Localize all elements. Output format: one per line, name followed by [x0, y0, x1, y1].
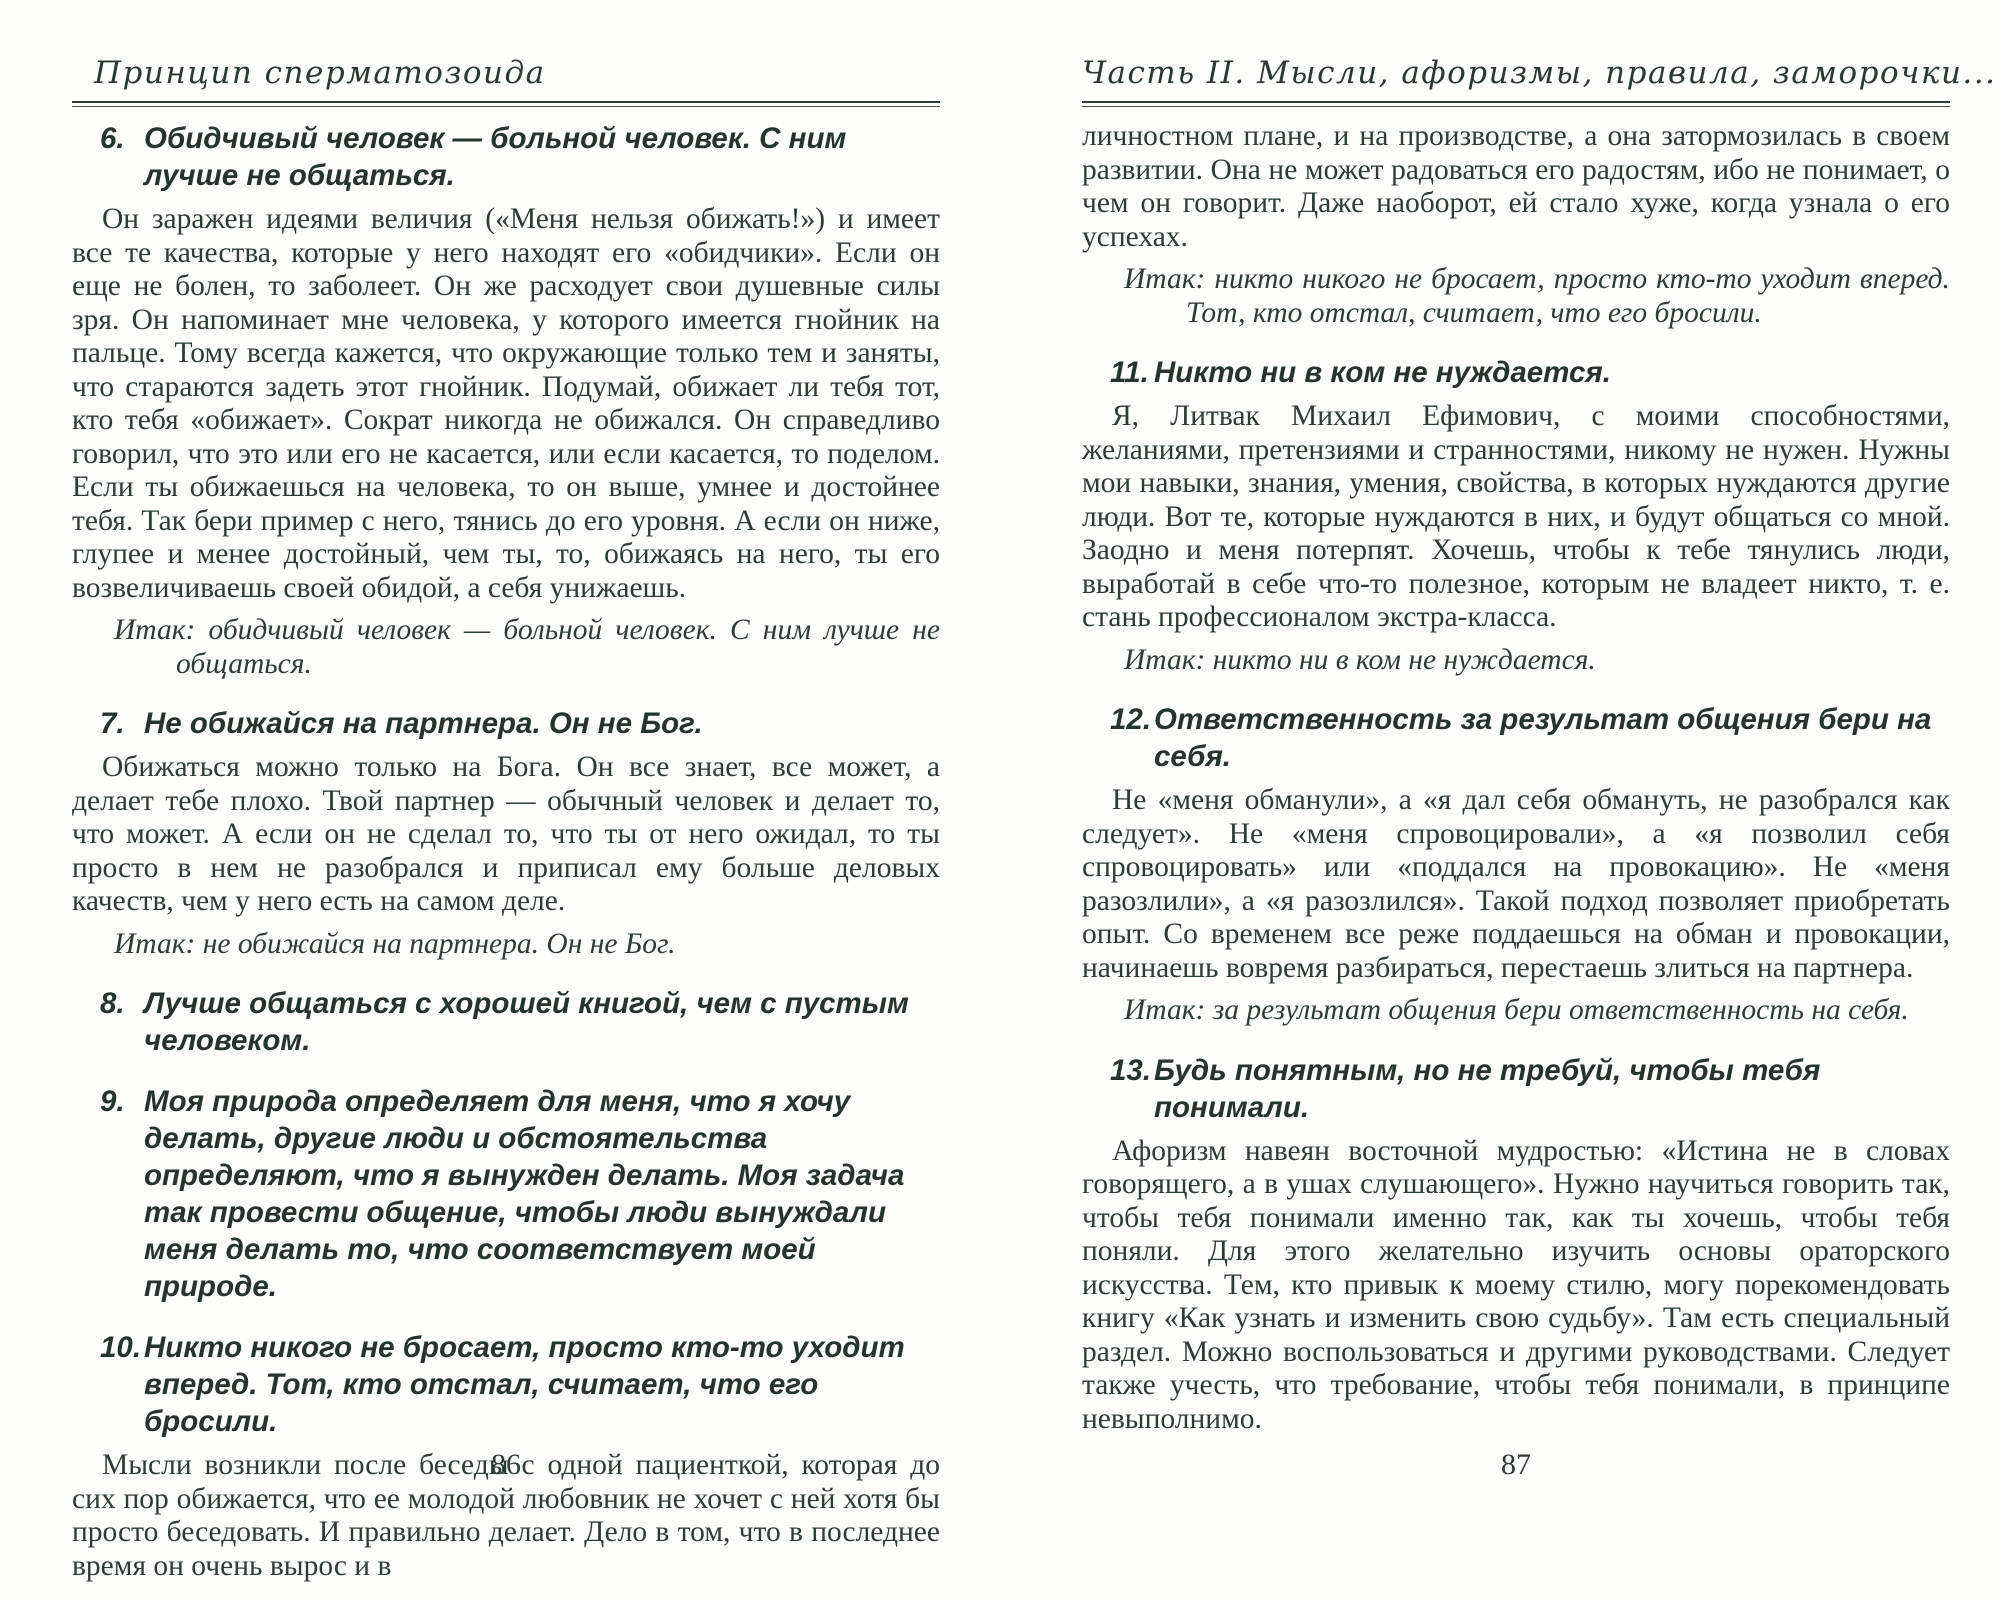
- heading-text-7: Не обижайся на партнера. Он не Бог.: [144, 707, 703, 740]
- body-paragraph: Обижаться можно только на Бога. Он все з…: [72, 751, 940, 919]
- heading-text-12: Ответственность за результат общения бер…: [1154, 703, 1931, 773]
- heading-text-6: Обидчивый человек — больной человек. С н…: [144, 122, 846, 192]
- section-heading-9: 9.Моя природа определяет для меня, что я…: [72, 1083, 940, 1305]
- body-paragraph: Он заражен идеями величия («Меня нельзя …: [72, 203, 940, 605]
- page-number-left: 86: [72, 1448, 940, 1482]
- heading-number-13: 13.: [1110, 1052, 1154, 1089]
- page-number-right: 87: [1082, 1448, 1950, 1482]
- body-paragraph: Афоризм навеян восточной мудростью: «Ист…: [1082, 1135, 1950, 1437]
- page-left: Принцип сперматозоида 6.Обидчивый челове…: [72, 54, 940, 1583]
- heading-number-10: 10.: [100, 1329, 144, 1366]
- heading-number-11: 11.: [1110, 354, 1154, 391]
- section-heading-7: 7.Не обижайся на партнера. Он не Бог.: [72, 705, 940, 742]
- heading-text-10: Никто никого не бросает, просто кто-то у…: [144, 1331, 905, 1438]
- heading-number-12: 12.: [1110, 701, 1154, 738]
- heading-text-11: Никто ни в ком не нуждается.: [1154, 356, 1611, 389]
- running-head-left: Принцип сперматозоида: [72, 54, 940, 92]
- heading-number-7: 7.: [100, 705, 144, 742]
- body-paragraph-continuation: личностном плане, и на производстве, а о…: [1082, 120, 1950, 254]
- summary-paragraph: Итак: никто никого не бросает, просто кт…: [1082, 263, 1950, 330]
- heading-text-13: Будь понятным, но не требуй, чтобы тебя …: [1154, 1054, 1820, 1124]
- heading-number-6: 6.: [100, 120, 144, 157]
- summary-paragraph: Итак: обидчивый человек — больной челове…: [72, 614, 940, 681]
- header-rule-right: [1082, 101, 1950, 107]
- running-head-right: Часть II. Мысли, афоризмы, правила, замо…: [1082, 54, 1950, 92]
- page-right-content: личностном плане, и на производстве, а о…: [1082, 120, 1950, 1436]
- body-paragraph: Не «меня обманули», а «я дал себя обману…: [1082, 784, 1950, 985]
- header-rule-left: [72, 101, 940, 107]
- section-heading-13: 13.Будь понятным, но не требуй, чтобы те…: [1082, 1052, 1950, 1126]
- heading-text-9: Моя природа определяет для меня, что я х…: [144, 1085, 904, 1303]
- summary-paragraph: Итак: никто ни в ком не нуждается.: [1082, 644, 1950, 678]
- section-heading-12: 12.Ответственность за результат общения …: [1082, 701, 1950, 775]
- section-heading-8: 8.Лучше общаться с хорошей книгой, чем с…: [72, 985, 940, 1059]
- body-paragraph: Я, Литвак Михаил Ефимович, с моими спосо…: [1082, 400, 1950, 635]
- heading-number-9: 9.: [100, 1083, 144, 1120]
- page-left-content: 6.Обидчивый человек — больной человек. С…: [72, 120, 940, 1583]
- section-heading-11: 11.Никто ни в ком не нуждается.: [1082, 354, 1950, 391]
- page-right: Часть II. Мысли, афоризмы, правила, замо…: [1082, 54, 1950, 1436]
- section-heading-6: 6.Обидчивый человек — больной человек. С…: [72, 120, 940, 194]
- book-spread: Принцип сперматозоида 6.Обидчивый челове…: [0, 0, 2000, 1601]
- section-heading-10: 10.Никто никого не бросает, просто кто-т…: [72, 1329, 940, 1440]
- heading-number-8: 8.: [100, 985, 144, 1022]
- summary-paragraph: Итак: за результат общения бери ответств…: [1082, 994, 1950, 1028]
- heading-text-8: Лучше общаться с хорошей книгой, чем с п…: [144, 987, 909, 1057]
- summary-paragraph: Итак: не обижайся на партнера. Он не Бог…: [72, 928, 940, 962]
